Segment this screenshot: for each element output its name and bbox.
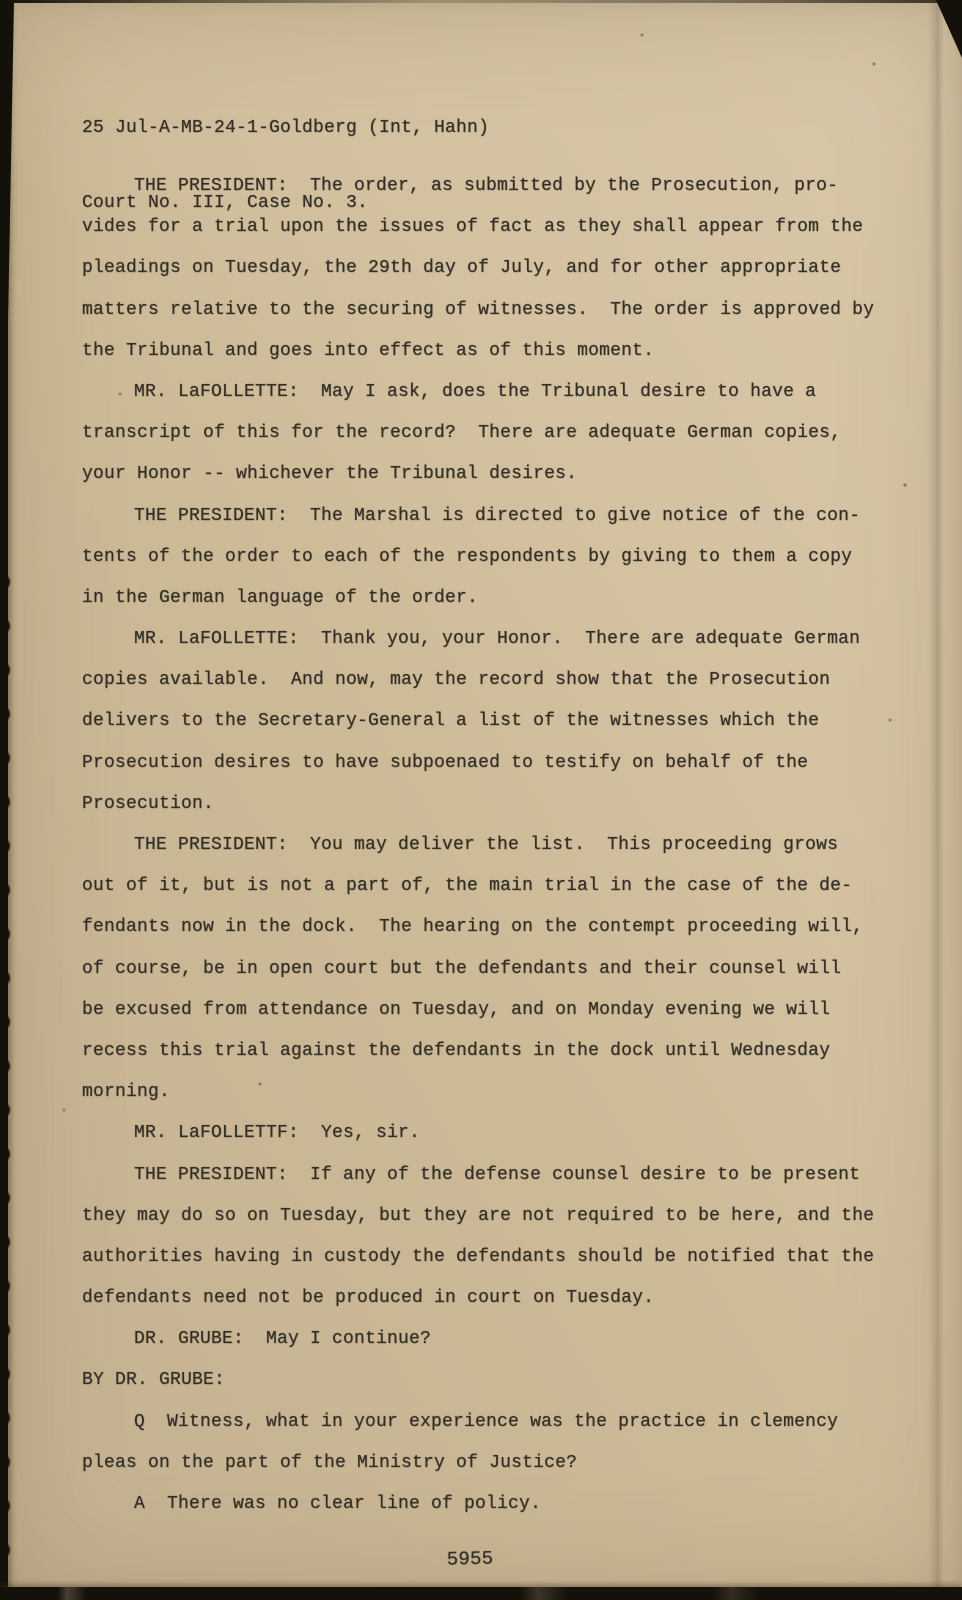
transcript-line: MR. LaFOLLETTE: Thank you, your Honor. T… [82,619,922,660]
scan-edge-top [0,0,962,3]
transcript-line: vides for a trial upon the issues of fac… [82,207,922,248]
transcript-line: MR. LaFOLLETTF: Yes, sir. [82,1113,922,1154]
paper-crease [928,0,944,1600]
transcript-line: defendants need not be produced in court… [82,1278,922,1319]
scan-edge-bottom [0,1587,962,1600]
scanned-transcript-page: 25 Jul-A-MB-24-1-Goldberg (Int, Hahn) Co… [0,0,962,1600]
transcript-line: morning. [82,1072,922,1113]
transcript-line: THE PRESIDENT: The Marshal is directed t… [82,496,922,537]
transcript-line: they may do so on Tuesday, but they are … [82,1196,922,1237]
transcript-line: pleas on the part of the Ministry of Jus… [82,1443,922,1484]
transcript-line: of course, be in open court but the defe… [82,949,922,990]
transcript-line: recess this trial against the defendants… [82,1031,922,1072]
transcript-line: in the German language of the order. [82,578,922,619]
transcript-line: Prosecution. [82,784,922,825]
transcript-line: the Tribunal and goes into effect as of … [82,331,922,372]
transcript-line: be excused from attendance on Tuesday, a… [82,990,922,1031]
transcript-line: THE PRESIDENT: If any of the defense cou… [82,1155,922,1196]
transcript-line: matters relative to the securing of witn… [82,290,922,331]
transcript-line: Prosecution desires to have subpoenaed t… [82,743,922,784]
transcript-line: THE PRESIDENT: You may deliver the list.… [82,825,922,866]
page-number: 5955 [0,1538,940,1580]
transcript-line: your Honor -- whichever the Tribunal des… [82,454,922,495]
transcript-line: DR. GRUBE: May I continue? [82,1319,922,1360]
transcript-line: fendants now in the dock. The hearing on… [82,907,922,948]
transcript-line: A There was no clear line of policy. [82,1484,922,1525]
binding-notches [0,560,18,1600]
transcript-body: THE PRESIDENT: The order, as submitted b… [82,166,922,1525]
transcript-line: transcript of this for the record? There… [82,413,922,454]
transcript-line: tents of the order to each of the respon… [82,537,922,578]
transcript-line: pleadings on Tuesday, the 29th day of Ju… [82,248,922,289]
header-reference-line: 25 Jul-A-MB-24-1-Goldberg (Int, Hahn) [82,116,489,141]
transcript-line: MR. LaFOLLETTE: May I ask, does the Trib… [82,372,922,413]
transcript-line: Q Witness, what in your experience was t… [82,1402,922,1443]
transcript-line: delivers to the Secretary-General a list… [82,701,922,742]
scan-edge-left-top [0,0,14,340]
transcript-line: THE PRESIDENT: The order, as submitted b… [82,166,922,207]
transcript-line: out of it, but is not a part of, the mai… [82,866,922,907]
transcript-line: authorities having in custody the defend… [82,1237,922,1278]
transcript-line: BY DR. GRUBE: [82,1360,922,1401]
transcript-line: copies available. And now, may the recor… [82,660,922,701]
